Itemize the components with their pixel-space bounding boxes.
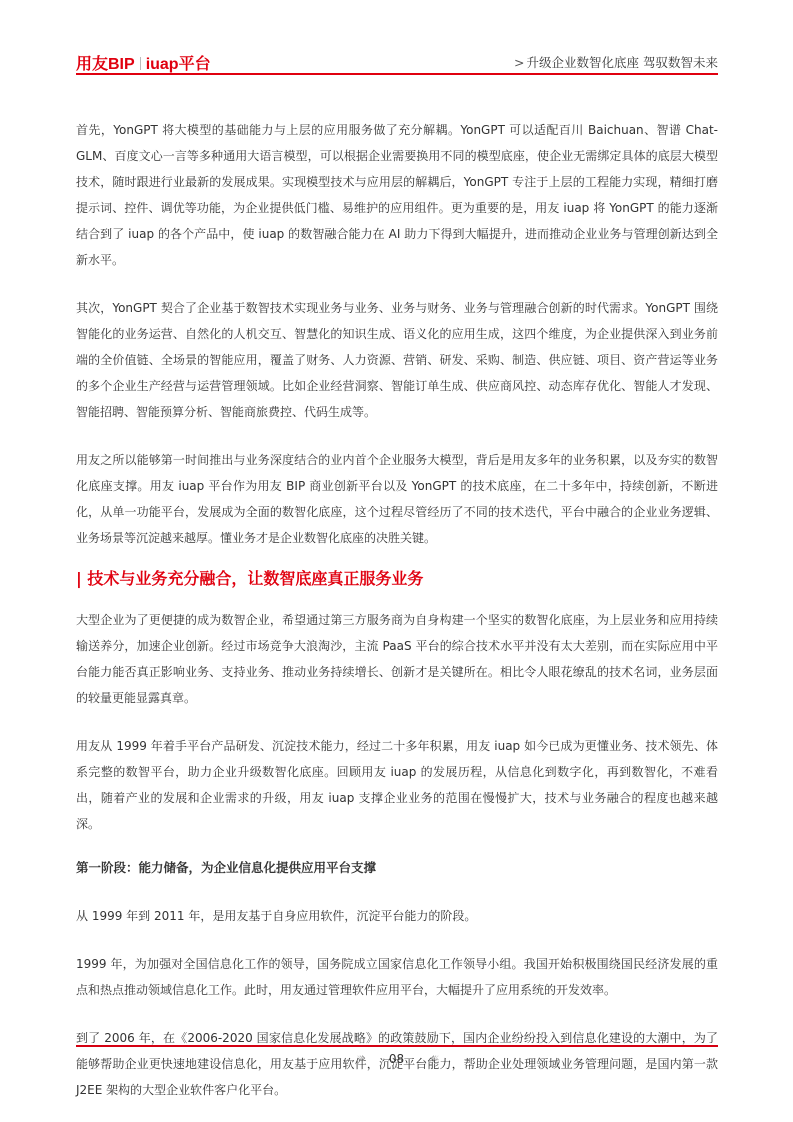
logo-product: iuap平台 [146, 56, 211, 73]
paragraph: 从 1999 年到 2011 年，是用友基于自身应用软件，沉淀平台能力的阶段。 [76, 903, 718, 929]
page-header: 用友BIPiuap平台 >升级企业数智化底座 驾驭数智未来 [76, 48, 718, 75]
header-tagline: >升级企业数智化底座 驾驭数智未来 [514, 53, 718, 71]
logo-separator [140, 57, 141, 70]
section-heading: | 技术与业务充分融合，让数智底座真正服务业务 [76, 565, 718, 593]
paragraph: 用友从 1999 年着手平台产品研发、沉淀技术能力，经过二十多年积累，用友 iu… [76, 733, 718, 837]
page-footer: ››› 08 ‹‹‹ [0, 1051, 793, 1066]
page-number: 08 [389, 1052, 404, 1066]
paragraph: 用友之所以能够第一时间推出与业务深度结合的业内首个企业服务大模型，背后是用友多年… [76, 447, 718, 551]
subsection-heading: 第一阶段：能力储备，为企业信息化提供应用平台支撑 [76, 855, 718, 881]
paragraph: 首先，YonGPT 将大模型的基础能力与上层的应用服务做了充分解耦。YonGPT… [76, 117, 718, 273]
paragraph: 大型企业为了更便捷的成为数智企业，希望通过第三方服务商为自身构建一个坚实的数智化… [76, 607, 718, 711]
document-body: 首先，YonGPT 将大模型的基础能力与上层的应用服务做了充分解耦。YonGPT… [76, 117, 718, 1103]
paragraph: 其次，YonGPT 契合了企业基于数智技术实现业务与业务、业务与财务、业务与管理… [76, 295, 718, 425]
chevron-right-icon: > [514, 55, 524, 70]
logo-brand: 用友BIP [76, 56, 135, 73]
tagline-text: 升级企业数智化底座 驾驭数智未来 [527, 55, 718, 70]
double-chevron-right-icon: ››› [356, 1051, 363, 1066]
paragraph: 1999 年，为加强对全国信息化工作的领导，国务院成立国家信息化工作领导小组。我… [76, 951, 718, 1003]
double-chevron-left-icon: ‹‹‹ [430, 1051, 437, 1066]
logo: 用友BIPiuap平台 [76, 51, 211, 74]
footer-divider [76, 1045, 718, 1047]
